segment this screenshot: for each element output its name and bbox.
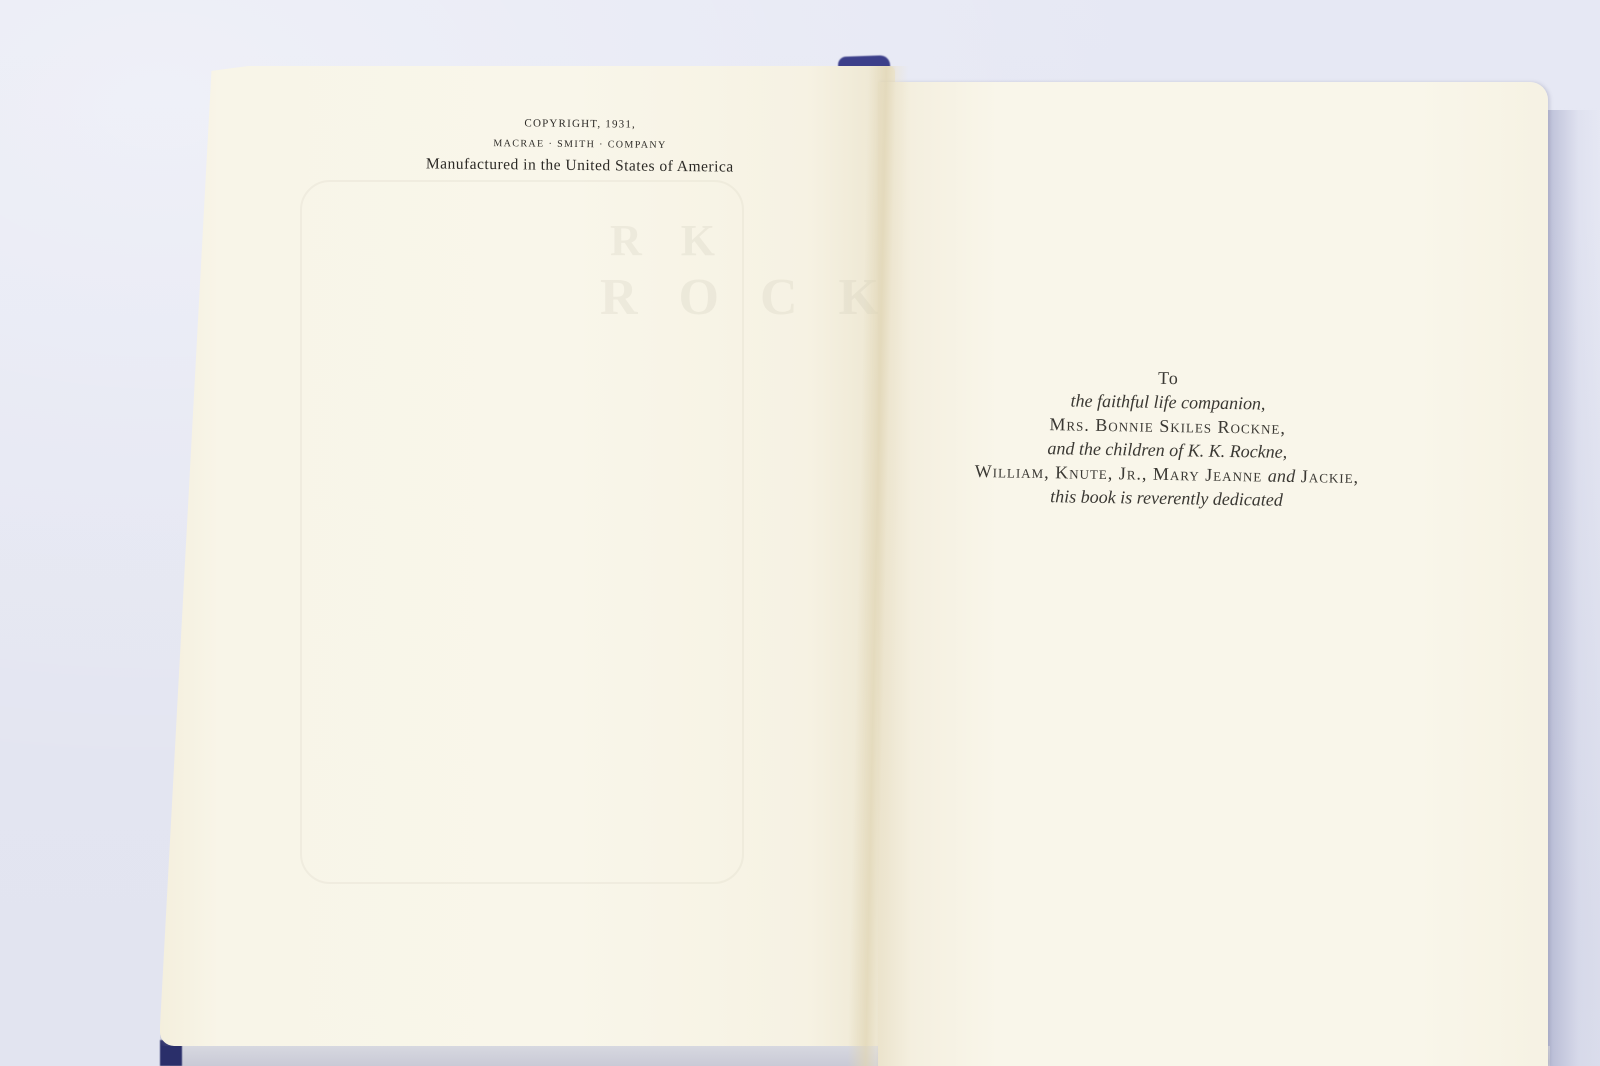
copyright-notice: COPYRIGHT, 1931, MACRAE · SMITH · COMPAN…: [380, 116, 781, 177]
page-edge-shadow: [1546, 110, 1600, 1066]
bleed-through-text: R K: [610, 215, 729, 266]
publisher-name: MACRAE · SMITH · COMPANY: [380, 137, 780, 152]
dedication-children-names: William, Knute, Jr., Mary Jeanne: [975, 461, 1263, 486]
bleed-through-text: R O C K: [600, 268, 893, 327]
right-page: [878, 82, 1548, 1066]
dedication-and: and: [1268, 466, 1296, 486]
dedication-last-name: Jackie,: [1301, 466, 1360, 487]
dedication: To the faithful life companion, Mrs. Bon…: [914, 362, 1421, 514]
